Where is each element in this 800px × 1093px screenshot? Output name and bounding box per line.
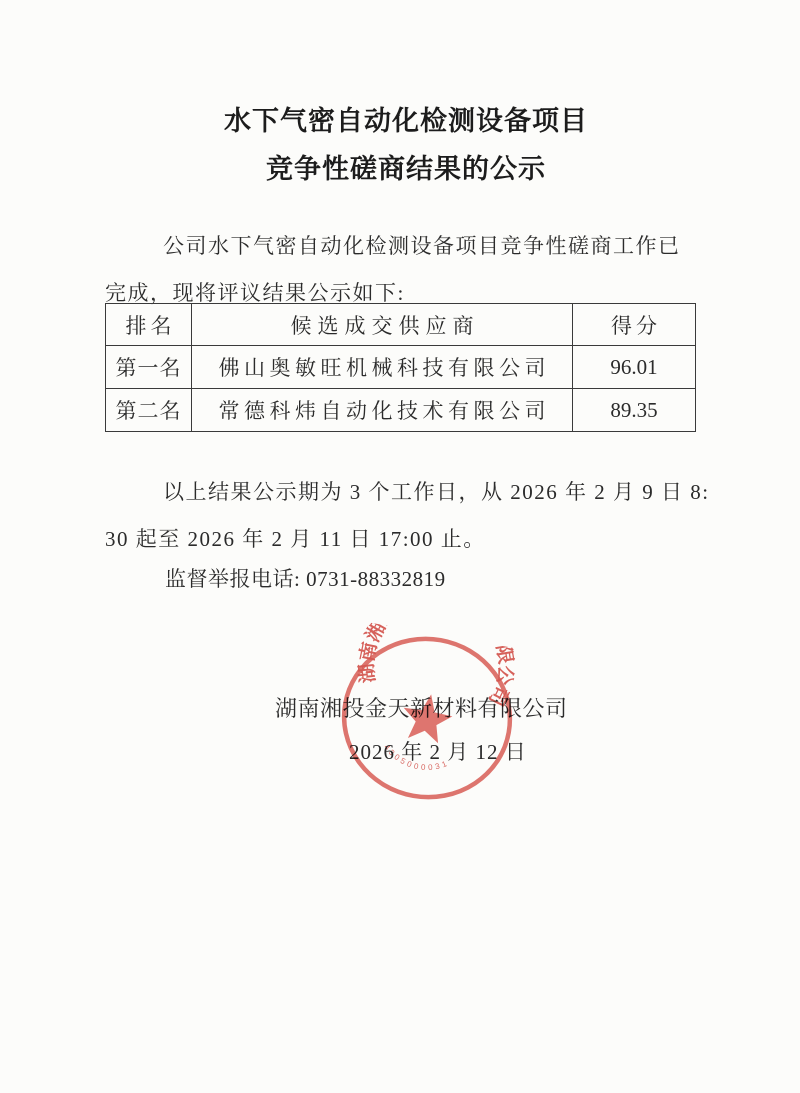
table-row-1-score: 96.01 bbox=[573, 346, 695, 389]
signature-company-name: 湖南湘投金天新材料有限公司 bbox=[275, 692, 568, 723]
table-row-2-rank: 第二名 bbox=[106, 389, 192, 431]
table-row-1-rank: 第一名 bbox=[106, 346, 192, 389]
signature-date: 2026 年 2 月 12 日 bbox=[349, 736, 527, 766]
notice-paragraph-line2: 30 起至 2026 年 2 月 11 日 17:00 止。 bbox=[105, 523, 486, 553]
document-title-line2: 竞争性磋商结果的公示 bbox=[6, 147, 800, 186]
table-row-2-supplier: 常德科炜自动化技术有限公司 bbox=[192, 389, 573, 431]
document-title-line1: 水下气密自动化检测设备项目 bbox=[6, 99, 800, 138]
document-page: 水下气密自动化检测设备项目 竞争性磋商结果的公示 公司水下气密自动化检测设备项目… bbox=[0, 0, 800, 1093]
table-row-2-score: 89.35 bbox=[573, 389, 695, 431]
intro-paragraph-line1: 公司水下气密自动化检测设备项目竞争性磋商工作已 bbox=[163, 230, 681, 260]
table-header-rank: 排名 bbox=[106, 304, 192, 346]
table-header-supplier: 候选成交供应商 bbox=[192, 304, 573, 346]
result-table: 排名 候选成交供应商 得分 第一名 佛山奥敏旺机械科技有限公司 96.01 第二… bbox=[105, 303, 696, 432]
table-row-1-supplier: 佛山奥敏旺机械科技有限公司 bbox=[192, 346, 573, 389]
notice-paragraph-line1: 以上结果公示期为 3 个工作日，从 2026 年 2 月 9 日 8: bbox=[163, 476, 710, 506]
table-header-score: 得分 bbox=[573, 304, 695, 346]
supervision-hotline: 监督举报电话: 0731-88332819 bbox=[165, 563, 446, 593]
